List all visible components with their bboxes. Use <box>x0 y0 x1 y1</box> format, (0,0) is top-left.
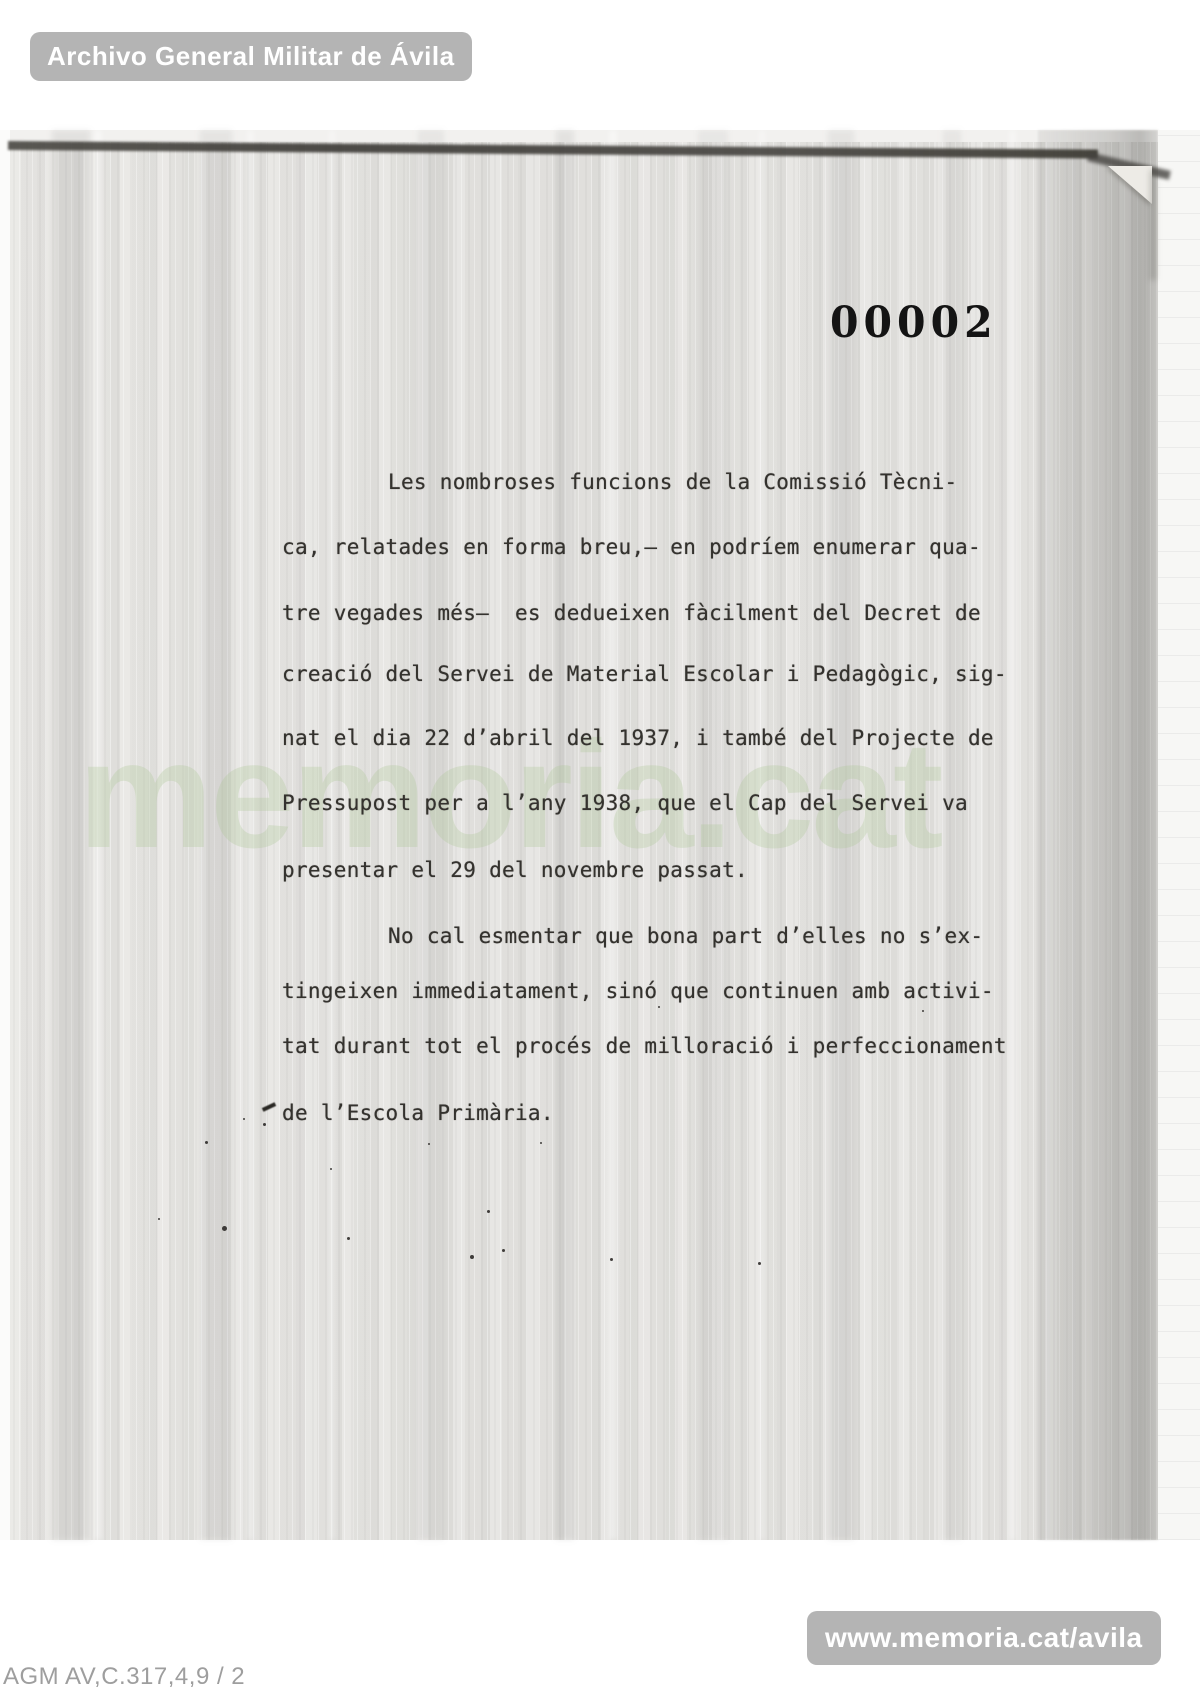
scan-left-edge <box>0 130 10 1540</box>
paper-corner-shadow <box>1150 170 1156 280</box>
ink-speck <box>540 1142 542 1144</box>
typewritten-line: tre vegades més— es dedueixen fàcilment … <box>282 601 981 625</box>
typewritten-line: tingeixen immediatament, sinó que contin… <box>282 979 994 1003</box>
ink-speck <box>243 1118 245 1120</box>
ink-speck <box>330 1168 332 1170</box>
ink-speck <box>922 1010 924 1012</box>
paper-top-edge <box>8 141 1098 159</box>
ink-speck <box>263 1123 266 1126</box>
ink-smudge <box>262 1102 276 1112</box>
typewritten-line: ca, relatades en forma breu,— en podríem… <box>282 535 981 559</box>
archive-name-badge: Archivo General Militar de Ávila <box>30 32 472 81</box>
typewritten-line: tat durant tot el procés de milloració i… <box>282 1034 1007 1058</box>
ink-speck <box>502 1249 505 1252</box>
ink-speck <box>205 1141 208 1144</box>
site-url-badge[interactable]: www.memoria.cat/avila <box>807 1611 1161 1665</box>
typewritten-line: Les nombroses funcions de la Comissió Tè… <box>388 470 958 494</box>
scan-streak <box>1010 130 1015 1540</box>
archive-reference-code: AGM AV,C.317,4,9 / 2 <box>3 1663 245 1691</box>
typewritten-line: de l’Escola Primària. <box>282 1101 554 1125</box>
ink-speck <box>347 1237 350 1240</box>
typewritten-line: nat el dia 22 d’abril del 1937, i també … <box>282 726 994 750</box>
paper-corner-fold <box>1108 166 1152 204</box>
scan-top-margin <box>0 130 1200 142</box>
page-number-stamp: 00002 <box>830 297 998 348</box>
ink-speck <box>610 1258 613 1261</box>
scanned-document-page: 00002 memoria.cat Les nombroses funcions… <box>0 130 1200 1540</box>
ink-speck <box>428 1143 430 1145</box>
ink-speck <box>758 1262 761 1265</box>
ink-speck <box>158 1218 160 1220</box>
typewritten-line: No cal esmentar que bona part d’elles no… <box>388 924 983 948</box>
scan-right-edge <box>1158 130 1200 1540</box>
ink-speck <box>222 1226 227 1231</box>
scan-right-shading <box>1038 130 1158 1540</box>
typewritten-line: Pressupost per a l’any 1938, que el Cap … <box>282 791 968 815</box>
typewritten-line: creació del Servei de Material Escolar i… <box>282 662 1007 686</box>
typewritten-line: presentar el 29 del novembre passat. <box>282 858 748 882</box>
ink-speck <box>658 1006 660 1008</box>
ink-speck <box>487 1210 490 1213</box>
ink-speck <box>470 1255 474 1259</box>
